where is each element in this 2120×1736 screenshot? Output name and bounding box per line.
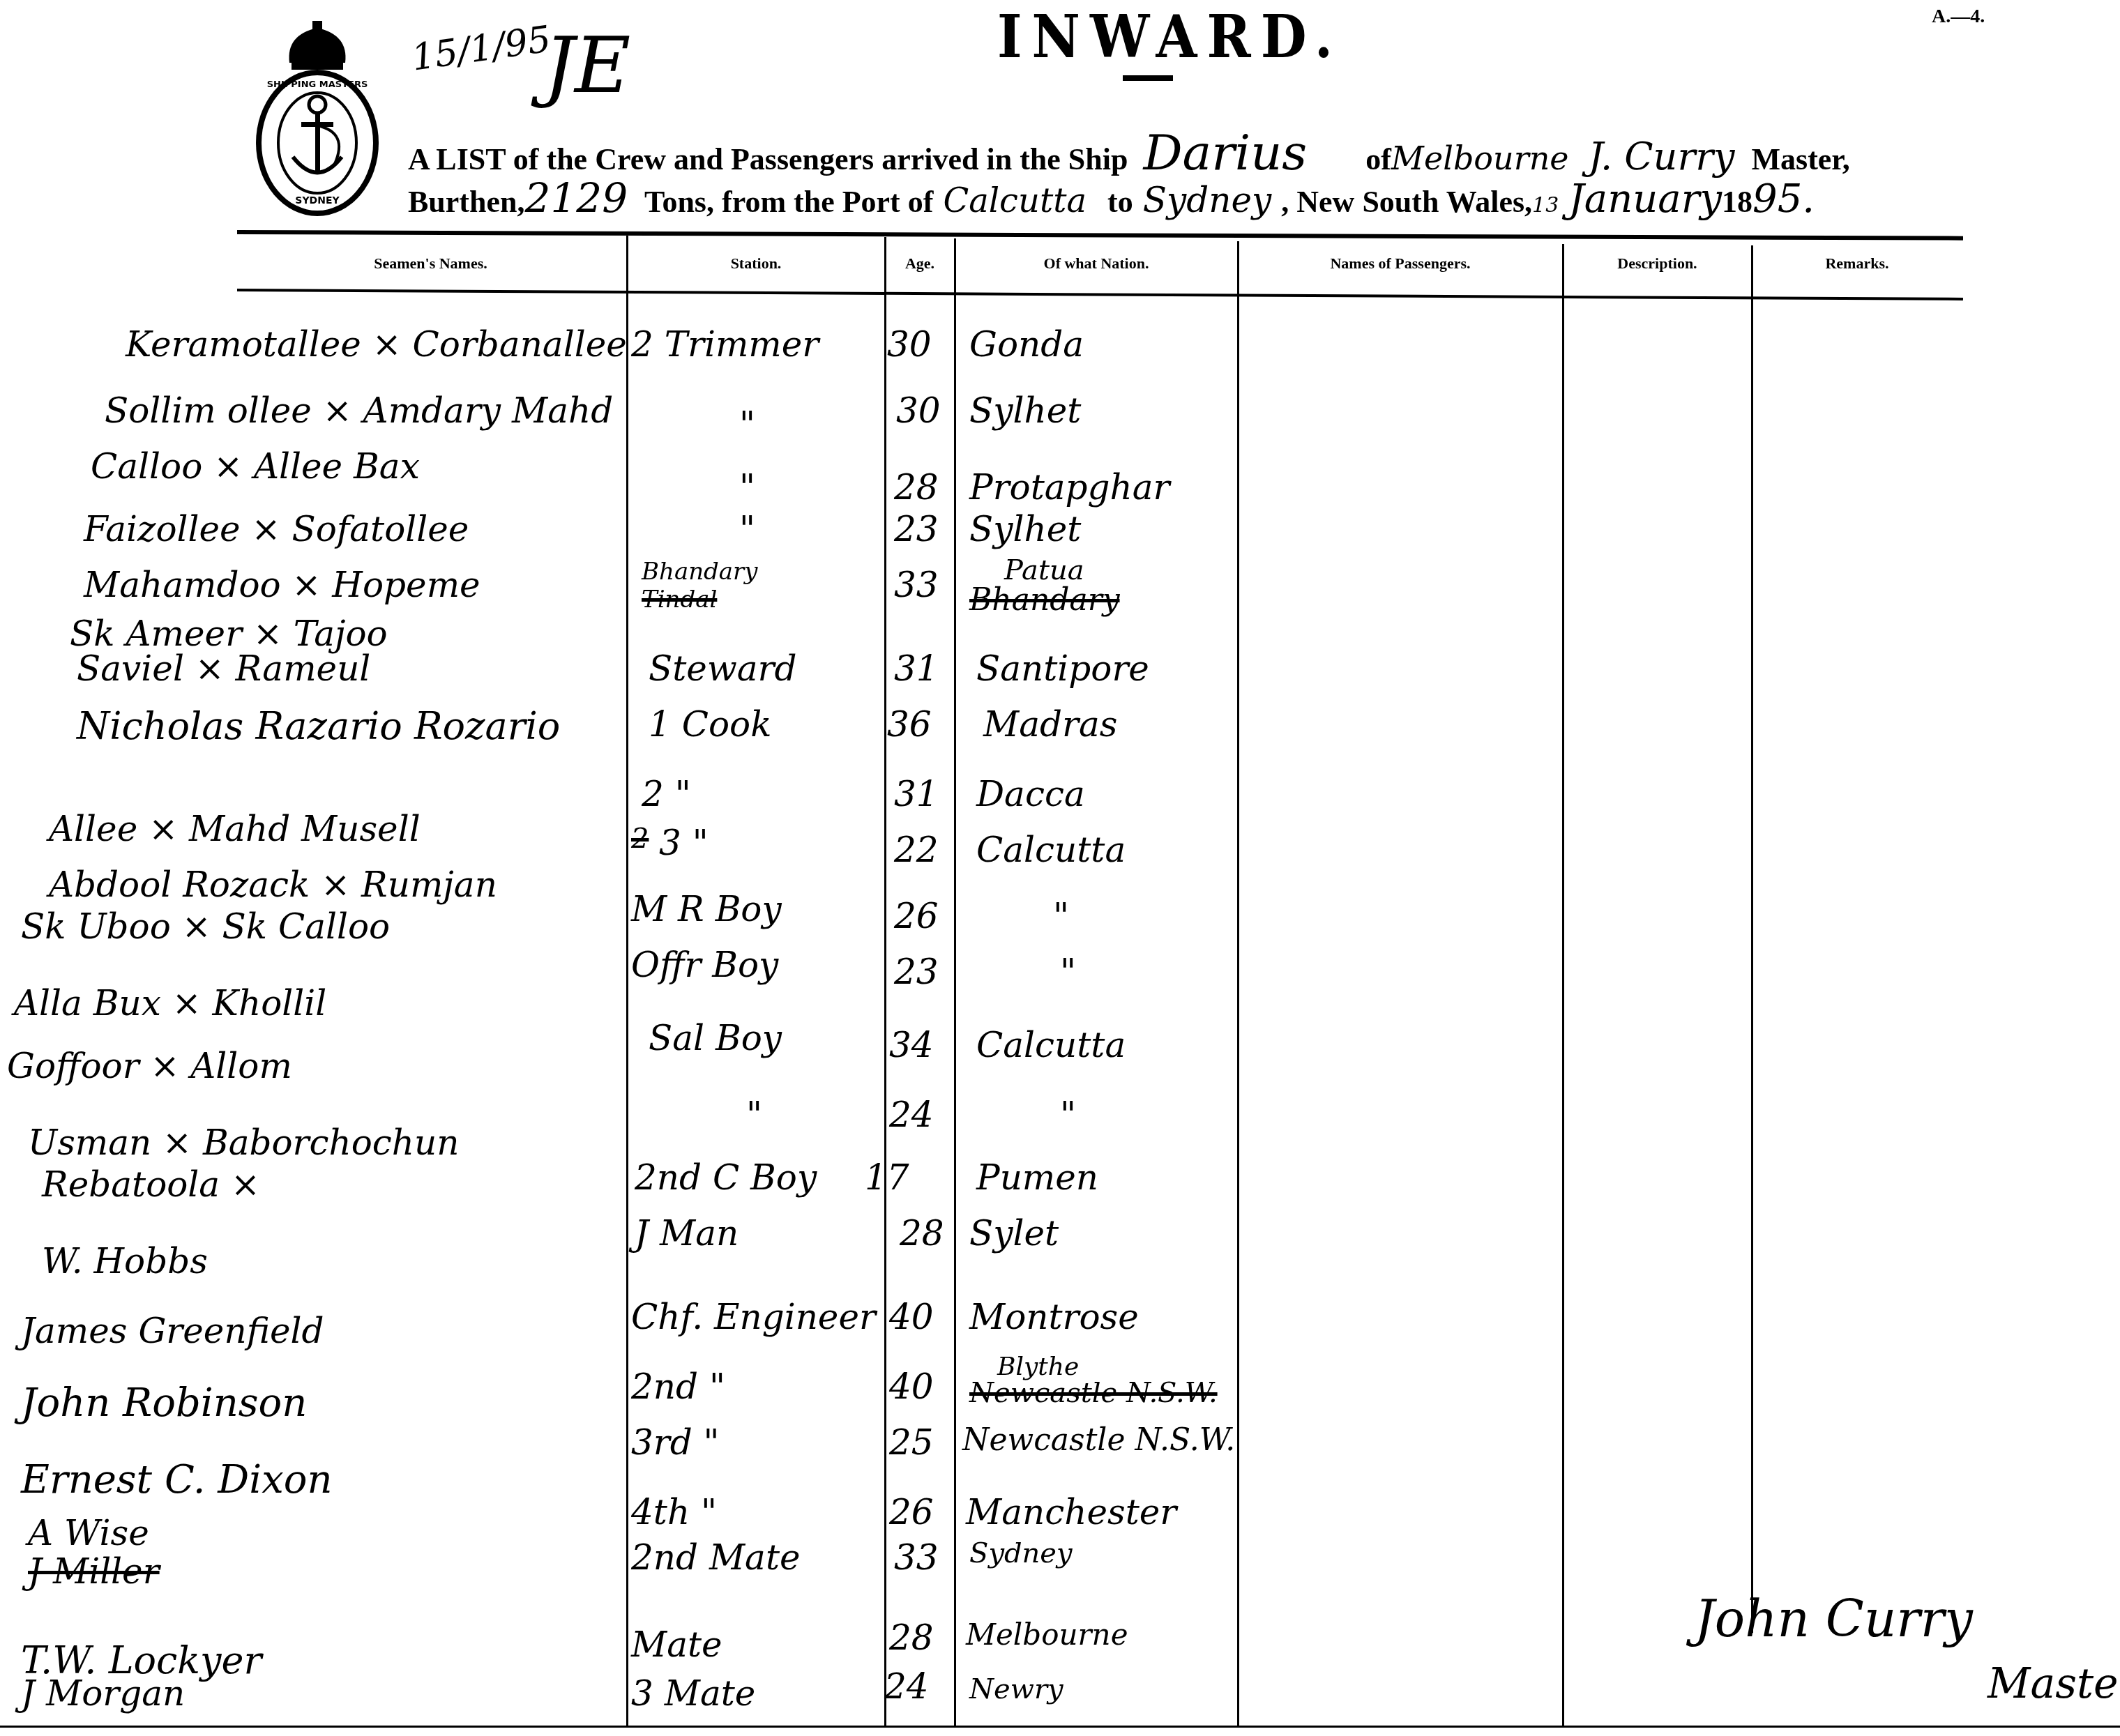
- seaman-name: Abdool Rozack × Rumjan: [49, 865, 497, 905]
- seaman-name: James Greenfield: [21, 1311, 324, 1351]
- station: 3 ": [659, 823, 709, 863]
- arrival-month: January: [1568, 176, 1722, 222]
- shipping-masters-department-crest: SHIPPING MASTERS SYDNEY: [251, 21, 384, 216]
- from-port: Calcutta: [943, 181, 1086, 220]
- list-heading-text: A LIST of the Crew and Passengers arrive…: [408, 142, 1128, 176]
- seaman-name: John Robinson: [21, 1380, 307, 1426]
- age: 33: [894, 1537, 939, 1578]
- crew-row: W. Hobbs J Man 28 Sylet: [0, 1213, 2120, 1255]
- crew-row: Nicholas Razario Rozario 1 Cook 36 Madra…: [0, 704, 2120, 746]
- age: 33: [894, 565, 939, 605]
- tons-from-port-label: Tons, from the Port of: [644, 185, 933, 219]
- crew-row: J Miller 2nd Mate 33 Sydney: [0, 1537, 2120, 1579]
- ship-name: Darius: [1143, 124, 1307, 181]
- nation: Santipore: [976, 648, 1149, 689]
- crew-row: John Robinson 2nd " 40 Blythe Newcastle …: [0, 1366, 2120, 1408]
- station: ": [739, 509, 755, 549]
- station-struck: 2: [631, 823, 649, 855]
- seaman-name: J Morgan: [21, 1673, 185, 1714]
- seaman-name: Nicholas Razario Rozario: [77, 704, 560, 748]
- station: 1 Cook: [649, 704, 771, 745]
- column-header-nation: Of what Nation.: [955, 254, 1237, 273]
- age: 30: [896, 390, 941, 431]
- station-struck: Tindal: [642, 586, 717, 614]
- nation: Montrose: [969, 1297, 1139, 1337]
- header-line-2: Burthen,2129 Tons, from the Port of Calc…: [408, 174, 1815, 222]
- nation: Manchester: [966, 1492, 1176, 1532]
- seaman-name: Calloo × Allee Bax: [91, 446, 420, 487]
- column-header-seamens-names: Seamen's Names.: [237, 254, 624, 273]
- table-header-rule: [237, 289, 1963, 300]
- svg-text:SYDNEY: SYDNEY: [295, 195, 340, 206]
- title-underline: [1123, 75, 1173, 81]
- crew-row: A Wise 4th " 26 Manchester: [0, 1492, 2120, 1534]
- page-title: INWARD.: [997, 3, 1342, 71]
- seaman-name: Allee × Mahd Musell: [49, 809, 421, 849]
- header-line-1: A LIST of the Crew and Passengers arrive…: [408, 124, 1850, 181]
- nation: ": [1060, 1095, 1076, 1135]
- nation: Newcastle N.S.W.: [962, 1422, 1235, 1458]
- crew-row: Keramotallee × Corbanallee 2 Trimmer 30 …: [0, 324, 2120, 366]
- crew-row: Sk Uboo × Sk Calloo Offr Boy 23 ": [0, 906, 2120, 948]
- crew-row: Abdool Rozack × Rumjan M R Boy 26 ": [0, 865, 2120, 906]
- table-bottom-rule: [0, 1726, 2120, 1728]
- nation: Sylhet: [969, 390, 1081, 431]
- burthen-label: Burthen,: [408, 185, 524, 219]
- nation: Madras: [983, 704, 1117, 745]
- seaman-name: Rebatoola ×: [42, 1164, 260, 1205]
- anchor-crest-icon: SHIPPING MASTERS SYDNEY: [251, 21, 384, 216]
- age: 40: [889, 1366, 934, 1407]
- age: 36: [887, 704, 932, 745]
- station: 2nd ": [631, 1366, 725, 1407]
- to-label: to: [1107, 185, 1133, 219]
- station: 3rd ": [631, 1422, 720, 1463]
- crew-row: Allee × Mahd Musell 2 3 " 22 Calcutta: [0, 809, 2120, 851]
- year-prefix: 18: [1722, 185, 1752, 219]
- station: J Man: [635, 1213, 739, 1254]
- age: 25: [889, 1422, 934, 1463]
- age: 28: [900, 1213, 944, 1254]
- seaman-name: Alla Bux × Khollil: [14, 983, 326, 1023]
- station: 4th ": [631, 1492, 717, 1532]
- seaman-name-struck: J Miller: [28, 1551, 160, 1592]
- form-code: A.—4.: [1932, 6, 1985, 28]
- svg-text:SHIPPING MASTERS: SHIPPING MASTERS: [267, 79, 368, 90]
- station: Bhandary: [642, 558, 758, 586]
- column-header-description: Description.: [1563, 254, 1751, 273]
- age: 28: [894, 467, 939, 508]
- crew-row: Mahamdoo × Hopeme Bhandary Tindal 33 Pat…: [0, 565, 2120, 607]
- age: 24: [884, 1666, 929, 1707]
- crew-row: Goffoor × Allom: [0, 1046, 2120, 1088]
- age: 26: [889, 1492, 934, 1532]
- master-name: J. Curry: [1589, 135, 1735, 178]
- crew-row: Usman × Baborchochun " 24 ": [0, 1095, 2120, 1136]
- state-label: , New South Wales,: [1281, 185, 1532, 219]
- crew-row: Calloo × Allee Bax " 28 Protapghar: [0, 446, 2120, 488]
- seaman-name: Goffoor × Allom: [7, 1046, 292, 1086]
- age: 40: [889, 1297, 934, 1337]
- crew-row: J Morgan 3 Mate 24 Newry: [0, 1673, 2120, 1715]
- seaman-name: Faizollee × Sofatollee: [84, 509, 469, 549]
- crew-row: James Greenfield Chf. Engineer 40 Montro…: [0, 1297, 2120, 1339]
- initials-annotation: JE: [544, 21, 630, 110]
- seaman-name: Keramotallee × Corbanallee: [126, 324, 627, 365]
- seaman-name: Mahamdoo × Hopeme: [84, 565, 480, 605]
- seaman-name: Sollim ollee × Amdary Mahd: [105, 390, 613, 431]
- crew-row: Ernest C. Dixon 3rd " 25 Newcastle N.S.W…: [0, 1422, 2120, 1464]
- nation: Newry: [969, 1673, 1063, 1705]
- seaman-name: Sk Uboo × Sk Calloo: [21, 906, 390, 947]
- nation-struck: Bhandary: [969, 582, 1120, 618]
- nation-struck: Newcastle N.S.W.: [969, 1377, 1218, 1409]
- of-label: of: [1365, 142, 1391, 176]
- crew-row: Faizollee × Sofatollee " 23 Sylhet: [0, 509, 2120, 551]
- received-date-annotation: 15/1/95: [409, 18, 554, 79]
- age: 24: [889, 1095, 934, 1135]
- seaman-name: W. Hobbs: [42, 1241, 208, 1281]
- seaman-name: Saviel × Rameul: [77, 648, 370, 689]
- nation: Pumen: [976, 1157, 1098, 1198]
- arrival-day: 13: [1532, 193, 1559, 218]
- age: 17: [865, 1157, 909, 1198]
- station: Offr Boy: [631, 945, 778, 985]
- master-signature: John Curry: [1695, 1590, 1973, 1648]
- station: ": [746, 1095, 762, 1135]
- column-header-station: Station.: [628, 254, 884, 273]
- nation: Sydney: [969, 1537, 1073, 1569]
- age: 28: [889, 1617, 934, 1658]
- nation: Gonda: [969, 324, 1084, 365]
- column-header-remarks: Remarks.: [1752, 254, 1962, 273]
- station: 2nd Mate: [631, 1537, 801, 1578]
- crew-row: Alla Bux × Khollil Sal Boy 34 Calcutta: [0, 983, 2120, 1025]
- burthen-value: 2129: [524, 174, 628, 222]
- station: Steward: [649, 648, 796, 689]
- age: 23: [894, 509, 939, 549]
- station: Mate: [631, 1624, 722, 1665]
- nation: Sylet: [969, 1213, 1059, 1254]
- station: Chf. Engineer: [631, 1297, 876, 1337]
- nation: Protapghar: [969, 467, 1169, 508]
- crew-row: Saviel × Rameul Steward 31 Santipore: [0, 648, 2120, 690]
- nation: Sylhet: [969, 509, 1081, 549]
- master-signature-title: Master: [1987, 1659, 2120, 1708]
- crew-row: Rebatoola × 2nd C Boy 17 Pumen: [0, 1157, 2120, 1199]
- master-label: Master,: [1752, 142, 1850, 176]
- column-header-age: Age.: [886, 254, 954, 273]
- station: 2nd C Boy: [635, 1157, 817, 1198]
- station: 2 Trimmer: [631, 324, 819, 365]
- crew-row: Sollim ollee × Amdary Mahd " 30 Sylhet: [0, 390, 2120, 432]
- station: ": [739, 467, 755, 508]
- to-port: Sydney: [1143, 180, 1272, 220]
- column-header-passengers: Names of Passengers.: [1239, 254, 1562, 273]
- age: 30: [887, 324, 932, 365]
- station: ": [739, 404, 755, 445]
- age: 31: [894, 648, 939, 689]
- nation: Melbourne: [966, 1617, 1128, 1652]
- home-port: Melbourne: [1391, 139, 1569, 177]
- year-suffix: 95.: [1752, 176, 1815, 222]
- table-top-rule: [237, 230, 1963, 241]
- station: 3 Mate: [631, 1673, 755, 1714]
